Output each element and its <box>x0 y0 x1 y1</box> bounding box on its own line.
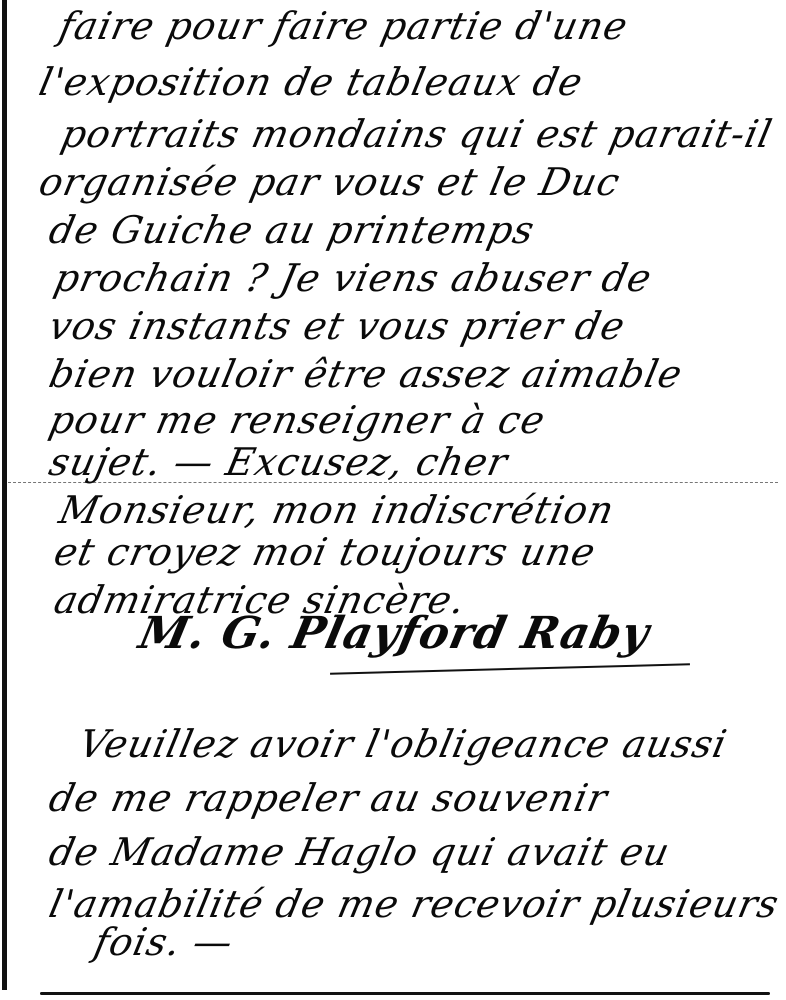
letter-line: portraits mondains qui est parait-il <box>57 112 776 156</box>
letter-line: pour me renseigner à ce <box>45 398 549 442</box>
letter-line: faire pour faire partie d'une <box>55 4 632 48</box>
postscript-line: fois. — <box>90 920 237 964</box>
letter-line: sujet. — Excusez, cher <box>45 440 512 484</box>
postscript-line: Veuillez avoir l'obligeance aussi <box>75 722 731 766</box>
letter-line: organisée par vous et le Duc <box>35 160 624 204</box>
postscript-line: de Madame Haglo qui avait eu <box>45 830 674 874</box>
letter-line: Monsieur, mon indiscrétion <box>55 488 618 532</box>
signature-underline <box>330 663 690 674</box>
page-bottom-edge <box>40 992 770 995</box>
letter-line: prochain ? Je viens abuser de <box>50 256 656 300</box>
letter-line: vos instants et vous prier de <box>45 304 629 348</box>
postscript-line: de me rappeler au souvenir <box>45 776 612 820</box>
letter-page: faire pour faire partie d'une l'expositi… <box>0 0 786 1000</box>
letter-line: de Guiche au printemps <box>45 208 539 252</box>
letter-line: bien vouloir être assez aimable <box>45 352 686 396</box>
signature: M. G. Playford Raby <box>135 608 655 659</box>
letter-line: et croyez moi toujours une <box>50 530 600 574</box>
page-left-edge <box>2 0 7 990</box>
letter-line: l'exposition de tableaux de <box>35 60 587 104</box>
